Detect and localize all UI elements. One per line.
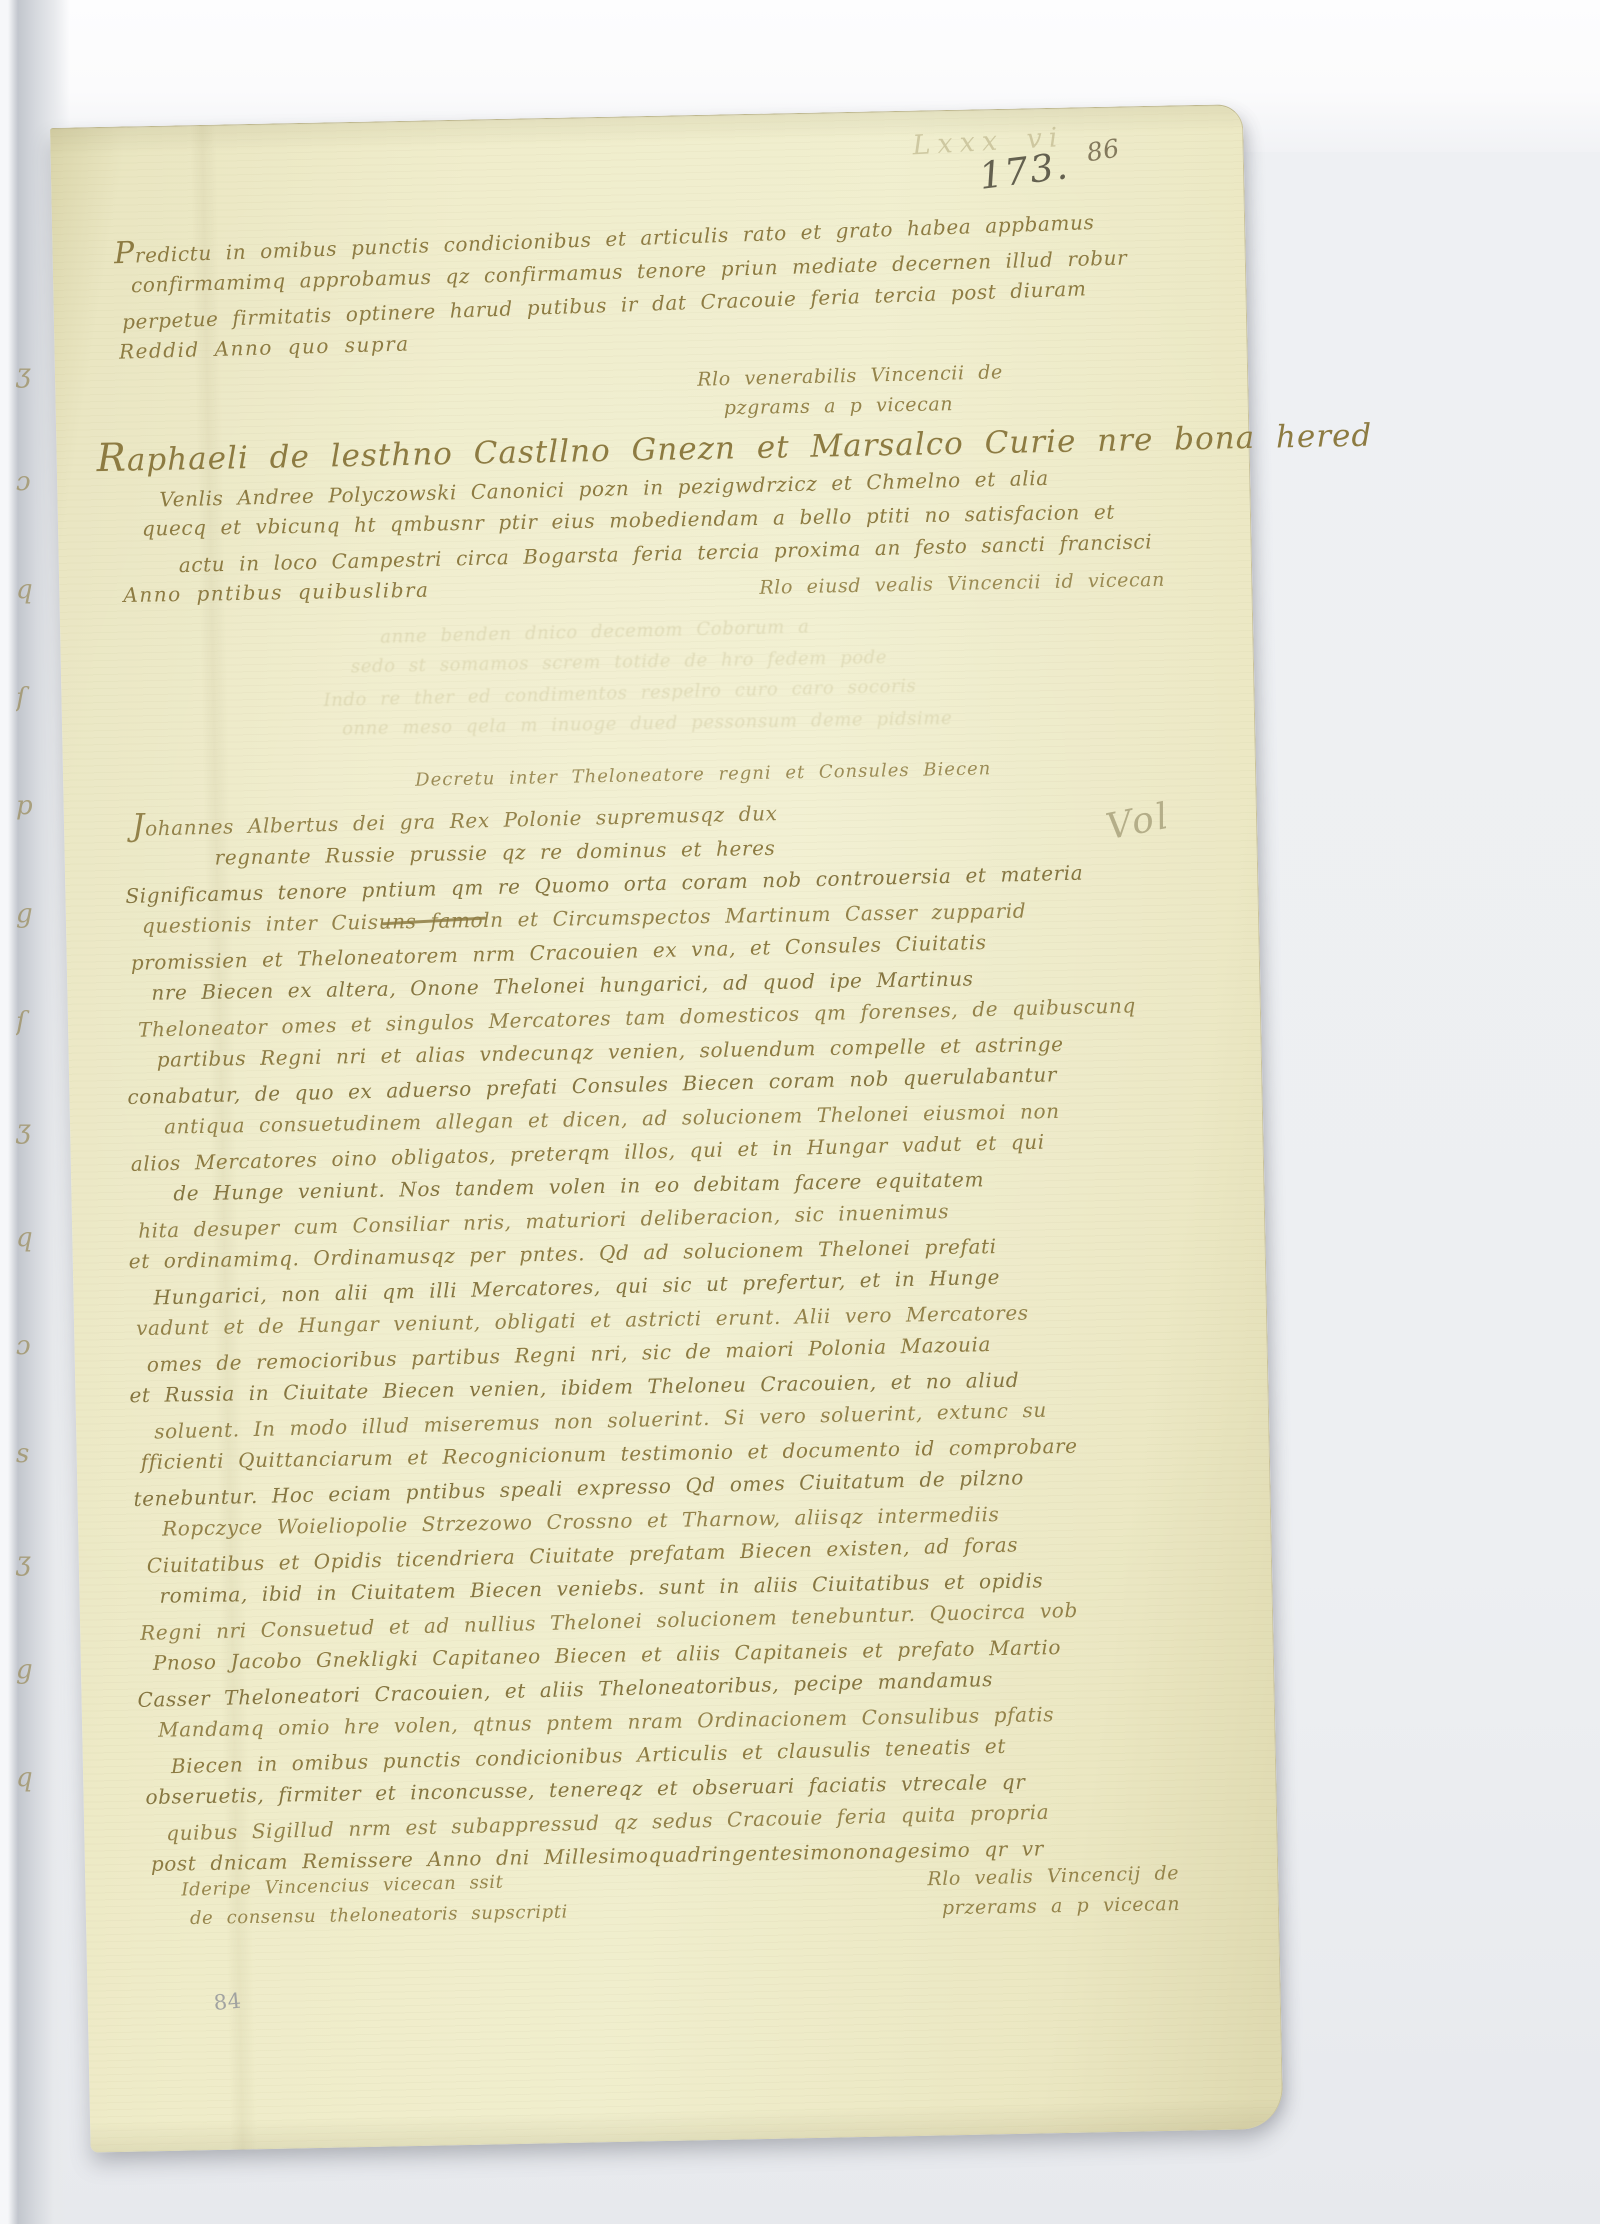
pencil-page-number: 84 [213, 1989, 243, 2015]
left-edge-text-fragments: ʒɔqſpgſʒqɔsʒgq [16, 320, 56, 1832]
decree-text-block: Johannes Albertus dei gra Rex Polonie su… [118, 786, 1219, 1882]
confirmation-paragraph: Predictu in omibus punctis condicionibus… [113, 204, 1129, 370]
bleedthrough-text: anne benden dnico decemom Coborum asedo … [380, 609, 953, 744]
text-line: ɔ [16, 1292, 56, 1400]
text-line: pzgrams a p vicecan [723, 388, 1003, 423]
text-line: g [16, 1616, 56, 1724]
text-line: ʒ [16, 1508, 56, 1616]
decree-caption: Decretu inter Theloneatore regni et Cons… [415, 758, 992, 791]
text-line: p [16, 752, 56, 860]
text-line: ſ [16, 644, 56, 752]
text-line: q [16, 536, 56, 644]
text-line: ʒ [16, 320, 56, 428]
grant-entry: Raphaeli de lesthno Castllno Gnezn et Ma… [96, 417, 1375, 615]
text-line: q [16, 1724, 56, 1832]
grant-body: Venlis Andree Polyczowski Canonici pozn … [97, 457, 1375, 615]
text-line: ſ [16, 968, 56, 1076]
relator-signature-bottom: Rlo vealis Vincencij deprzerams a p vice… [927, 1859, 1180, 1924]
relator-signature-top: Rlo venerabilis Vincencii depzgrams a p … [697, 358, 1004, 424]
folio-superscript: 86 [1085, 133, 1122, 167]
text-line: de consensu theloneatoris supscripti [190, 1897, 568, 1934]
text-line: przerams a p vicecan [942, 1889, 1181, 1923]
chancery-subscription: Ideripe Vincencius vicecan ssitde consen… [181, 1867, 568, 1935]
text-line: s [16, 1400, 56, 1508]
text-line: q [16, 1184, 56, 1292]
manuscript-page: Lxxx vi 173. 86 Predictu in omibus punct… [50, 104, 1283, 2153]
text-line: ʒ [16, 1076, 56, 1184]
text-line: g [16, 860, 56, 968]
text-line: ɔ [16, 428, 56, 536]
